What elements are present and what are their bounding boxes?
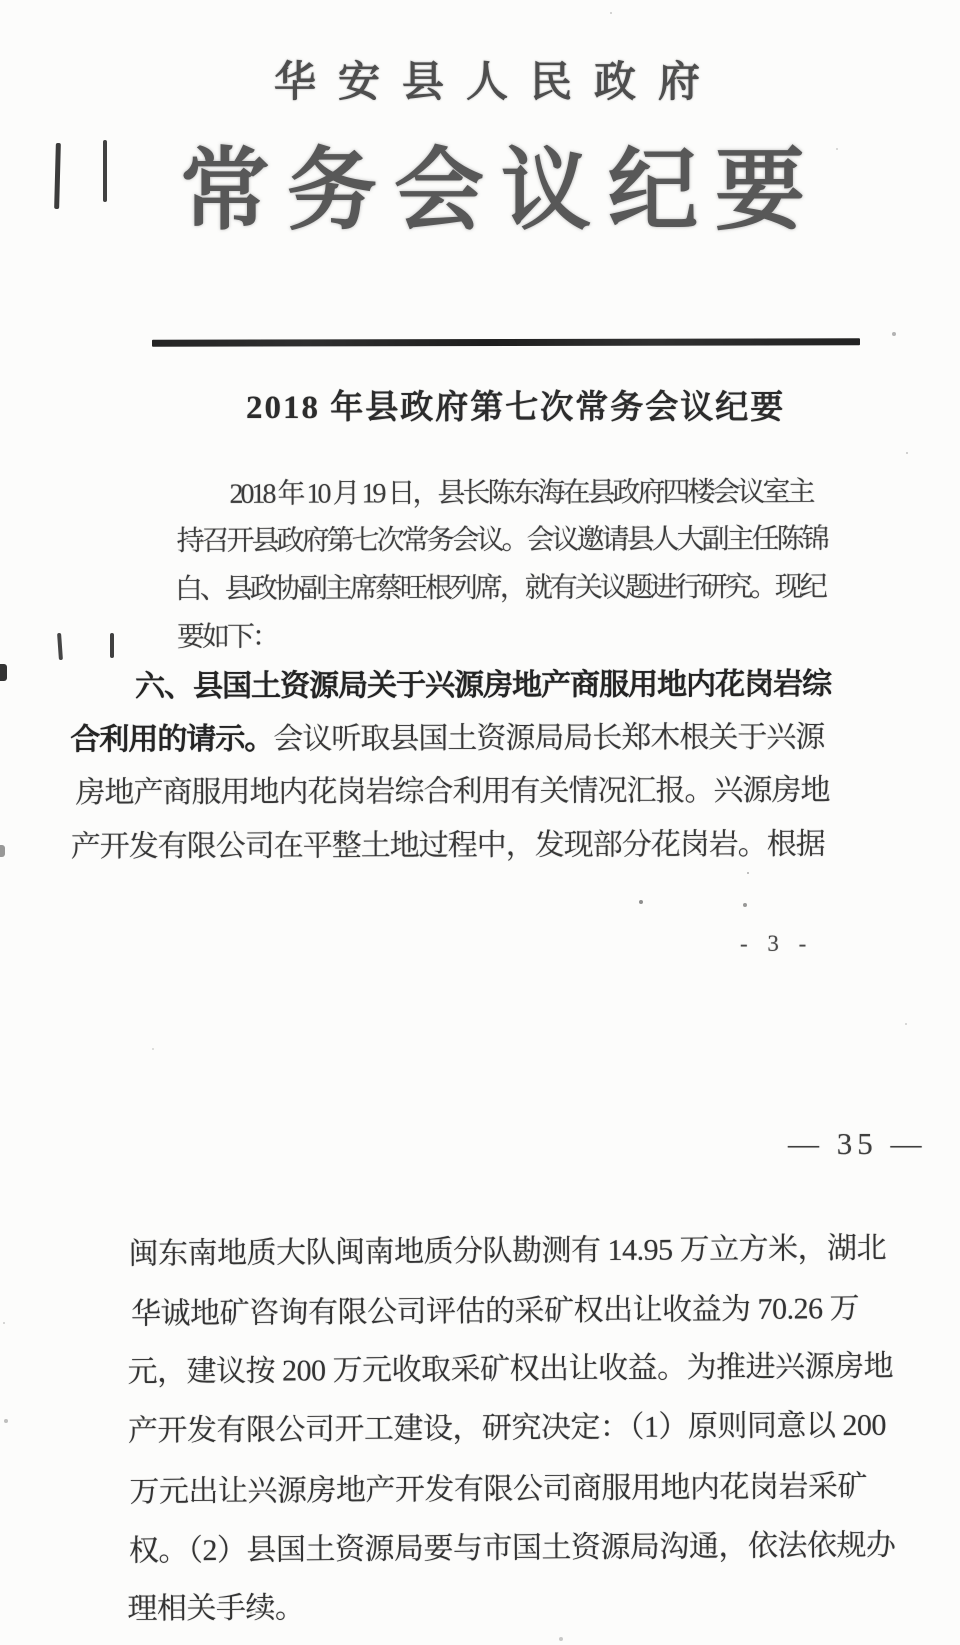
section6-heading-line: 六、县国土资源局关于兴源房地产商服用地内花岗岩综 xyxy=(135,668,831,705)
section6-text: 会议听取县国土资源局局长郑木根关于兴源 xyxy=(273,721,824,756)
document-page: 华安县人民政府 常务会议纪要 2018 年县政府第七次常务会议纪要 2018 年… xyxy=(0,0,960,1645)
page-number-35: — 35 — xyxy=(788,1126,927,1162)
section6-heading-tail: 合利用的请示。 xyxy=(70,723,273,757)
continuation-line: 权。（2）县国土资源局要与市国土资源局沟通，依法依规办 xyxy=(129,1529,896,1570)
paragraph1-line: 要如下： xyxy=(177,622,277,655)
section6-line: 产开发有限公司在平整土地过程中，发现部分花岗岩。根据 xyxy=(71,828,825,865)
page35-body: 闽东南地质大队闽南地质分队勘测有 14.95 万立方米，湖北 华诚地矿咨询有限公… xyxy=(0,1216,960,1645)
paragraph1-line: 白、县政协副主席蔡旺根列席，就有关议题进行研究。现纪 xyxy=(175,572,825,606)
page3-body: 2018 年 10 月 19 日，县长陈东海在县政府四楼会议室主 持召开县政府第… xyxy=(0,0,960,962)
page-number-3: - 3 - xyxy=(740,931,813,957)
paragraph1-line: 2018 年 10 月 19 日，县长陈东海在县政府四楼会议室主 xyxy=(229,477,812,511)
continuation-line: 产开发有限公司开工建设，研究决定：（1）原则同意以 200 xyxy=(128,1409,886,1449)
continuation-line: 理相关手续。 xyxy=(127,1591,304,1627)
continuation-line: 华诚地矿咨询有限公司评估的采矿权出让收益为 70.26 万 xyxy=(131,1292,859,1332)
paragraph1-line: 持召开县政府第七次常务会议。会议邀请县人大副主任陈锦 xyxy=(177,524,827,558)
section6-line: 合利用的请示。会议听取县国土资源局局长郑木根关于兴源 xyxy=(70,721,824,758)
continuation-line: 万元出让兴源房地产开发有限公司商服用地内花岗岩采矿 xyxy=(129,1470,867,1510)
section6-line: 房地产商服用地内花岗岩综合利用有关情况汇报。兴源房地 xyxy=(75,774,829,811)
continuation-line: 元，建议按 200 万元收取采矿权出让收益。为推进兴源房地 xyxy=(127,1350,893,1391)
continuation-line: 闽东南地质大队闽南地质分队勘测有 14.95 万立方米，湖北 xyxy=(128,1232,886,1272)
